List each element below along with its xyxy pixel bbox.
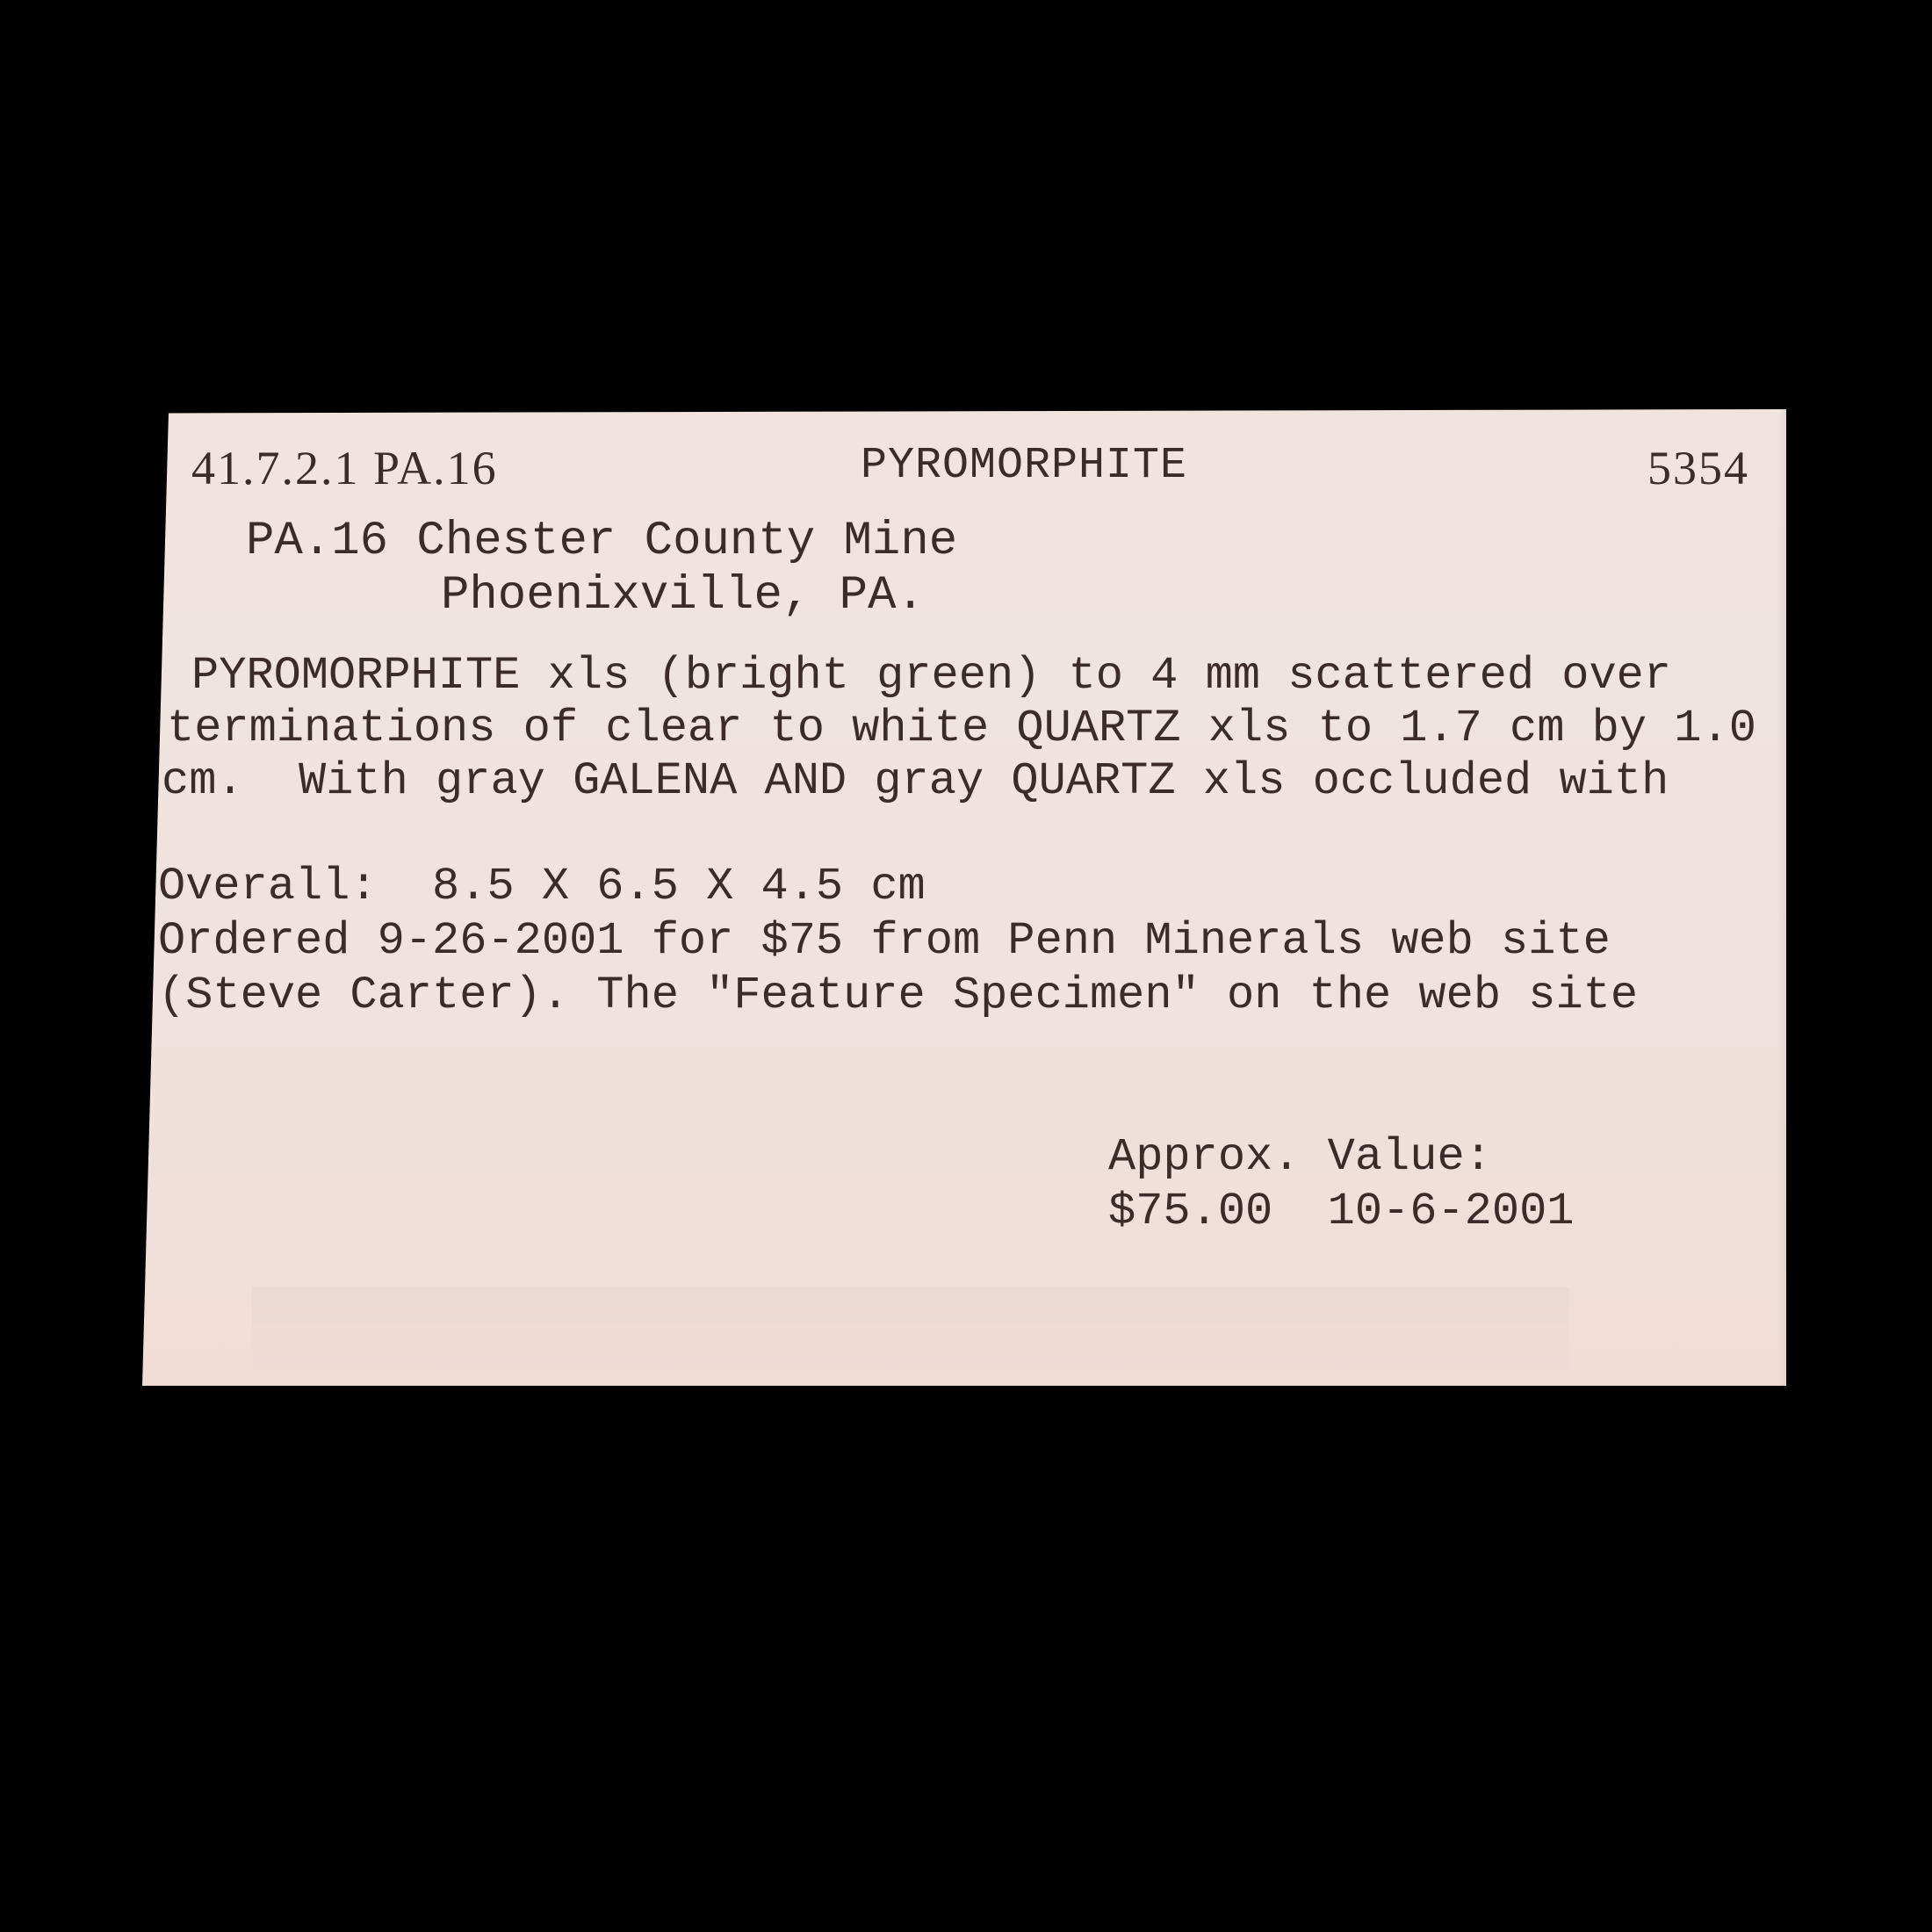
description-line: terminations of clear to white QUARTZ xl… xyxy=(167,706,1756,752)
approx-value-amount: $75.00 10-6-2001 xyxy=(1108,1189,1575,1235)
locality-line-2: Phoenixville, PA. xyxy=(441,573,925,620)
acquisition-line: Ordered 9-26-2001 for $75 from Penn Mine… xyxy=(158,919,1611,964)
description-line: PYROMORPHITE xls (bright green) to 4 mm … xyxy=(191,653,1671,699)
specimen-label-card: 41.7.2.1 PA.16 PYROMORPHITE 5354 PA.16 C… xyxy=(142,409,1786,1386)
overall-dimensions: Overall: 8.5 X 6.5 X 4.5 cm xyxy=(158,864,926,910)
mineral-name: PYROMORPHITE xyxy=(861,444,1187,488)
card-edge-shadow xyxy=(1777,409,1786,1386)
approx-value-label: Approx. Value: xyxy=(1108,1135,1492,1180)
catalog-number: 5354 xyxy=(1647,444,1749,492)
locality-line-1: PA.16 Chester County Mine xyxy=(246,518,957,566)
acquisition-line: (Steve Carter). The "Feature Specimen" o… xyxy=(158,973,1638,1019)
tape-shadow xyxy=(252,1287,1569,1384)
description-line: cm. With gray GALENA AND gray QUARTZ xls… xyxy=(162,759,1669,804)
classification-code: 41.7.2.1 PA.16 xyxy=(191,444,498,492)
